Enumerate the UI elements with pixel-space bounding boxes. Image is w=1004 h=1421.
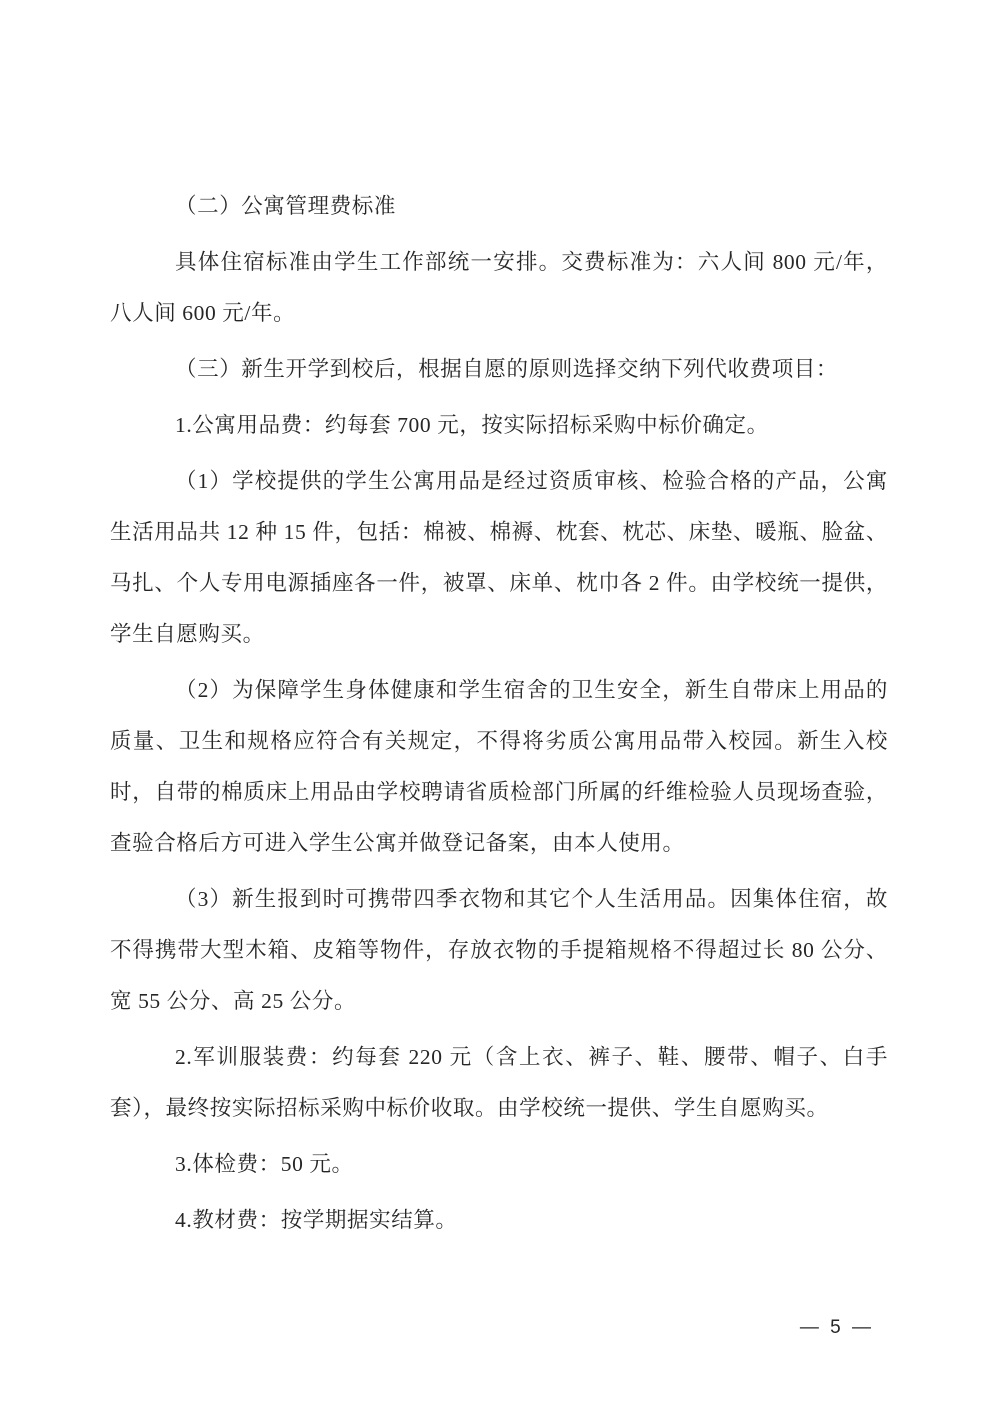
- item-1-apartment-supplies-fee: 1.公寓用品费：约每套 700 元，按实际招标采购中标价确定。: [110, 400, 888, 451]
- item-1-sub-2: （2）为保障学生身体健康和学生宿舍的卫生安全，新生自带床上用品的质量、卫生和规格…: [110, 665, 888, 869]
- item-1-sub-3: （3）新生报到时可携带四季衣物和其它个人生活用品。因集体住宿，故不得携带大型木箱…: [110, 874, 888, 1027]
- item-1-sub-1: （1）学校提供的学生公寓用品是经过资质审核、检验合格的产品，公寓生活用品共 12…: [110, 456, 888, 660]
- item-3-physical-exam-fee: 3.体检费：50 元。: [110, 1139, 888, 1190]
- section-iii-heading: （三）新生开学到校后，根据自愿的原则选择交纳下列代收费项目：: [110, 344, 888, 395]
- section-ii-heading: （二）公寓管理费标准: [110, 181, 888, 232]
- document-page: （二）公寓管理费标准 具体住宿标准由学生工作部统一安排。交费标准为：六人间 80…: [0, 0, 1004, 1421]
- page-number: — 5 —: [800, 1316, 874, 1340]
- item-4-textbook-fee: 4.教材费：按学期据实结算。: [110, 1195, 888, 1246]
- para-housing-fee-standard: 具体住宿标准由学生工作部统一安排。交费标准为：六人间 800 元/年，八人间 6…: [110, 237, 888, 339]
- item-2-military-uniform-fee: 2.军训服装费：约每套 220 元（含上衣、裤子、鞋、腰带、帽子、白手套），最终…: [110, 1032, 888, 1134]
- document-body: （二）公寓管理费标准 具体住宿标准由学生工作部统一安排。交费标准为：六人间 80…: [110, 181, 888, 1251]
